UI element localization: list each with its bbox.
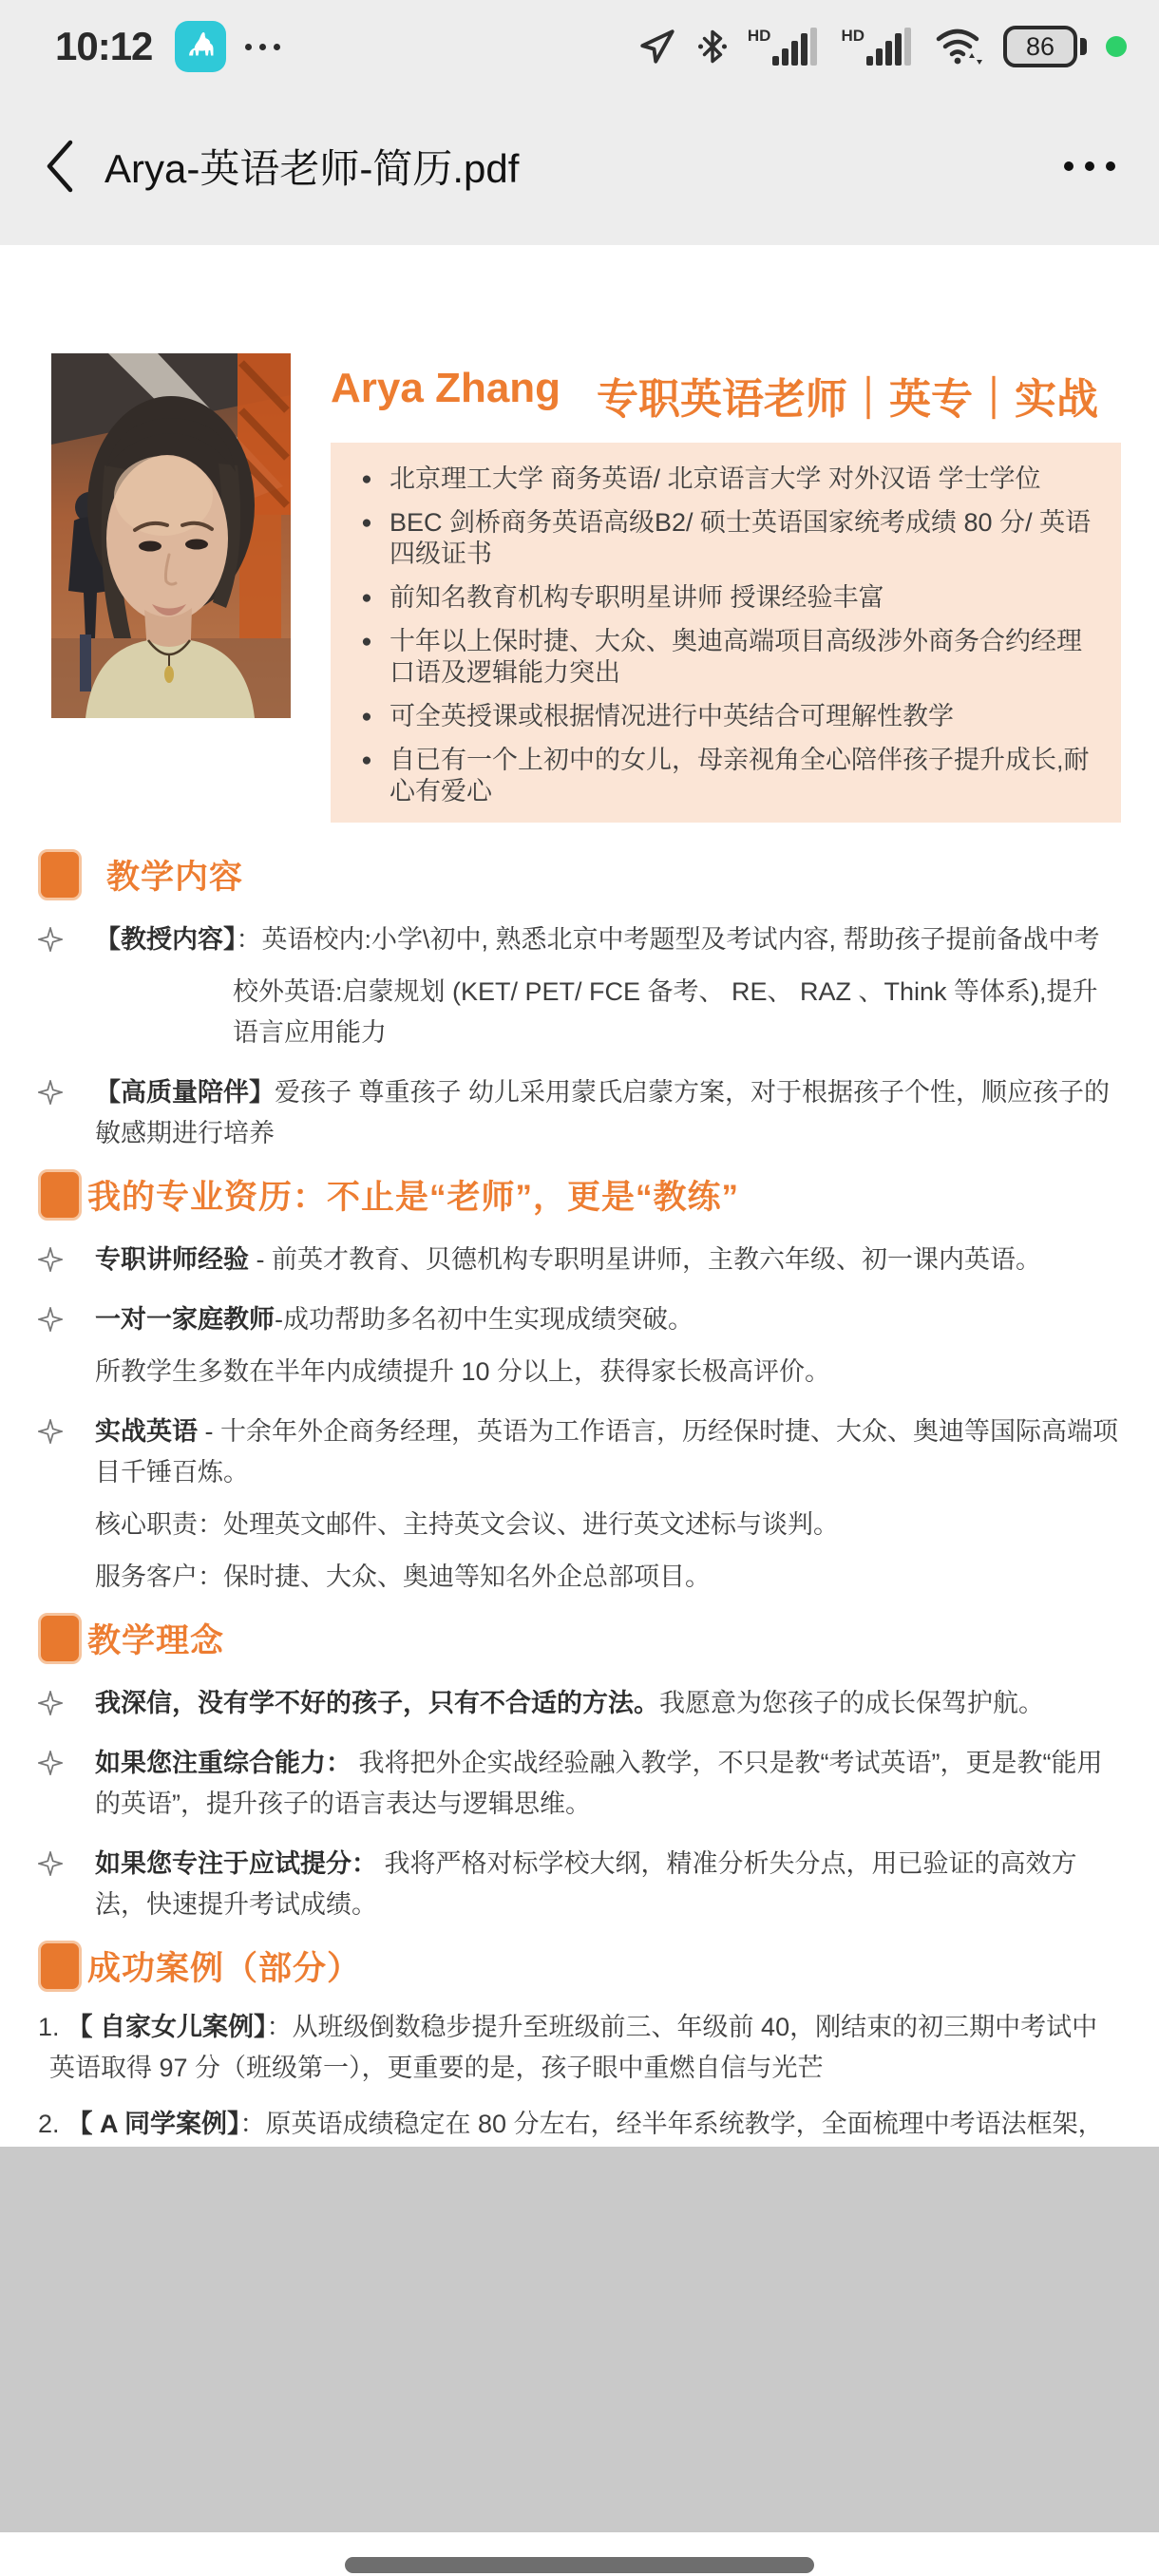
philosophy-item: 我深信，没有学不好的孩子，只有不合适的方法。我愿意为您孩子的成长保驾护航。 (38, 1683, 1121, 1724)
battery-percent: 86 (1026, 32, 1054, 62)
bluetooth-icon (696, 27, 729, 66)
highlight-item: ●自已有一个上初中的女儿，母亲视角全心陪伴孩子提升成长,耐心有爱心 (344, 745, 1102, 807)
highlight-item: ●北京理工大学 商务英语/ 北京语言大学 对外汉语 学士学位 (344, 464, 1102, 495)
sim1-signal-icon: HD (748, 28, 823, 66)
profile-photo (51, 353, 291, 718)
header-right: Arya Zhang 专职英语老师｜英专｜实战 ●北京理工大学 商务英语/ 北京… (331, 353, 1121, 823)
qualification-item: 实战英语 - 十余年外企商务经理，英语为工作语言，历经保时捷、大众、奥迪等国际高… (38, 1411, 1121, 1493)
camel-icon (182, 28, 218, 65)
teaching-item: 【高质量陪伴】爱孩子 尊重孩子 幼儿采用蒙氏启蒙方案，对于根据孩子个性，顺应孩子… (38, 1072, 1121, 1154)
orange-square-icon (38, 849, 82, 900)
wifi-icon (935, 26, 984, 67)
camel-app-notification-icon (175, 21, 226, 72)
diamond-bullet-icon (38, 1299, 95, 1340)
teaching-item: 【教授内容】：英语校内:小学\初中, 熟悉北京中考题型及考试内容, 帮助孩子提前… (38, 919, 1121, 960)
battery-icon: 86 (1003, 26, 1087, 67)
diamond-bullet-icon (38, 1240, 95, 1280)
nav-bar: Arya-英语老师-简历.pdf (0, 87, 1159, 245)
bullet-dot-icon: ● (344, 582, 389, 614)
more-notifications-icon (245, 44, 280, 50)
highlight-item: ●BEC 剑桥商务英语高级B2/ 硕士英语国家统考成绩 80 分/ 英语四级证书 (344, 507, 1102, 570)
section-qualifications: 我的专业资历：不止是“老师”，更是“教练” (38, 1169, 1121, 1221)
philosophy-item: 如果您专注于应试提分： 我将严格对标学校大纲，精准分析失分点，用已验证的高效方法… (38, 1844, 1121, 1925)
clock-time: 10:12 (55, 24, 152, 69)
qualification-subitem: 核心职责：处理英文邮件、主持英文会议、进行英文述标与谈判。 (95, 1505, 1121, 1545)
sim2-signal-icon: HD (841, 28, 916, 66)
resume-header: Arya Zhang 专职英语老师｜英专｜实战 ●北京理工大学 商务英语/ 北京… (38, 245, 1121, 823)
bullet-dot-icon: ● (344, 745, 389, 807)
orange-square-icon (38, 1169, 82, 1221)
bullet-dot-icon: ● (344, 701, 389, 732)
qualification-item: 专职讲师经验 - 前英才教育、贝德机构专职明星讲师，主教六年级、初一课内英语。 (38, 1240, 1121, 1280)
location-arrow-icon (637, 27, 677, 66)
diamond-bullet-icon (38, 1844, 95, 1925)
status-bar: 10:12 HD (0, 0, 1159, 87)
highlight-item: ●可全英授课或根据情况进行中英结合可理解性教学 (344, 701, 1102, 732)
diamond-bullet-icon (38, 1743, 95, 1825)
back-chevron-icon[interactable] (44, 139, 76, 194)
teacher-tagline: 专职英语老师｜英专｜实战 (597, 365, 1098, 426)
bullet-dot-icon: ● (344, 464, 389, 495)
diamond-bullet-icon (38, 1072, 95, 1154)
section-teaching-content: 教学内容 (38, 849, 1121, 900)
page-end-background[interactable] (0, 2147, 1159, 2532)
resume-title: Arya Zhang 专职英语老师｜英专｜实战 (331, 365, 1121, 426)
section-success-cases: 成功案例（部分） (38, 1941, 1121, 1992)
status-icons: HD HD (637, 26, 1127, 67)
qualification-item: 一对一家庭教师-成功帮助多名初中生实现成绩突破。 (38, 1299, 1121, 1340)
qualification-subitem: 服务客户：保时捷、大众、奥迪等知名外企总部项目。 (95, 1557, 1121, 1598)
highlights-box: ●北京理工大学 商务英语/ 北京语言大学 对外汉语 学士学位 ●BEC 剑桥商务… (331, 443, 1121, 823)
bullet-dot-icon: ● (344, 507, 389, 570)
phone-screen: 10:12 HD (0, 0, 1159, 2576)
qualification-subitem: 所教学生多数在半年内成绩提升 10 分以上，获得家长极高评价。 (95, 1352, 1121, 1392)
camera-in-use-dot (1106, 36, 1127, 57)
hd-voice-label: HD (841, 28, 864, 44)
teaching-subitem: 校外英语:启蒙规划 (KET/ PET/ FCE 备考、 RE、 RAZ 、Th… (233, 972, 1121, 1053)
highlight-item: ●前知名教育机构专职明星讲师 授课经验丰富 (344, 582, 1102, 614)
orange-square-icon (38, 1613, 82, 1664)
teacher-name: Arya Zhang (331, 365, 560, 426)
pdf-viewer[interactable]: Arya Zhang 专职英语老师｜英专｜实战 ●北京理工大学 商务英语/ 北京… (0, 245, 1159, 2435)
section-philosophy: 教学理念 (38, 1613, 1121, 1664)
philosophy-item: 如果您注重综合能力： 我将把外企实战经验融入教学，不只是教“考试英语”，更是教“… (38, 1743, 1121, 1825)
orange-square-icon (38, 1941, 82, 1992)
bullet-dot-icon: ● (344, 626, 389, 689)
signal-bars-icon (772, 28, 822, 66)
document-title: Arya-英语老师-简历.pdf (104, 138, 519, 195)
signal-bars-icon (866, 28, 916, 66)
diamond-bullet-icon (38, 1683, 95, 1724)
highlight-item: ●十年以上保时捷、大众、奥迪高端项目高级涉外商务合约经理 口语及逻辑能力突出 (344, 626, 1102, 689)
case-item: 1.【 自家女儿案例】：从班级倒数稳步提升至班级前三、年级前 40，刚结束的初三… (38, 2007, 1121, 2089)
more-options-button[interactable] (1064, 161, 1115, 171)
home-indicator-bar[interactable] (345, 2557, 814, 2573)
diamond-bullet-icon (38, 919, 95, 960)
diamond-bullet-icon (38, 1411, 95, 1493)
hd-voice-label: HD (748, 28, 771, 44)
